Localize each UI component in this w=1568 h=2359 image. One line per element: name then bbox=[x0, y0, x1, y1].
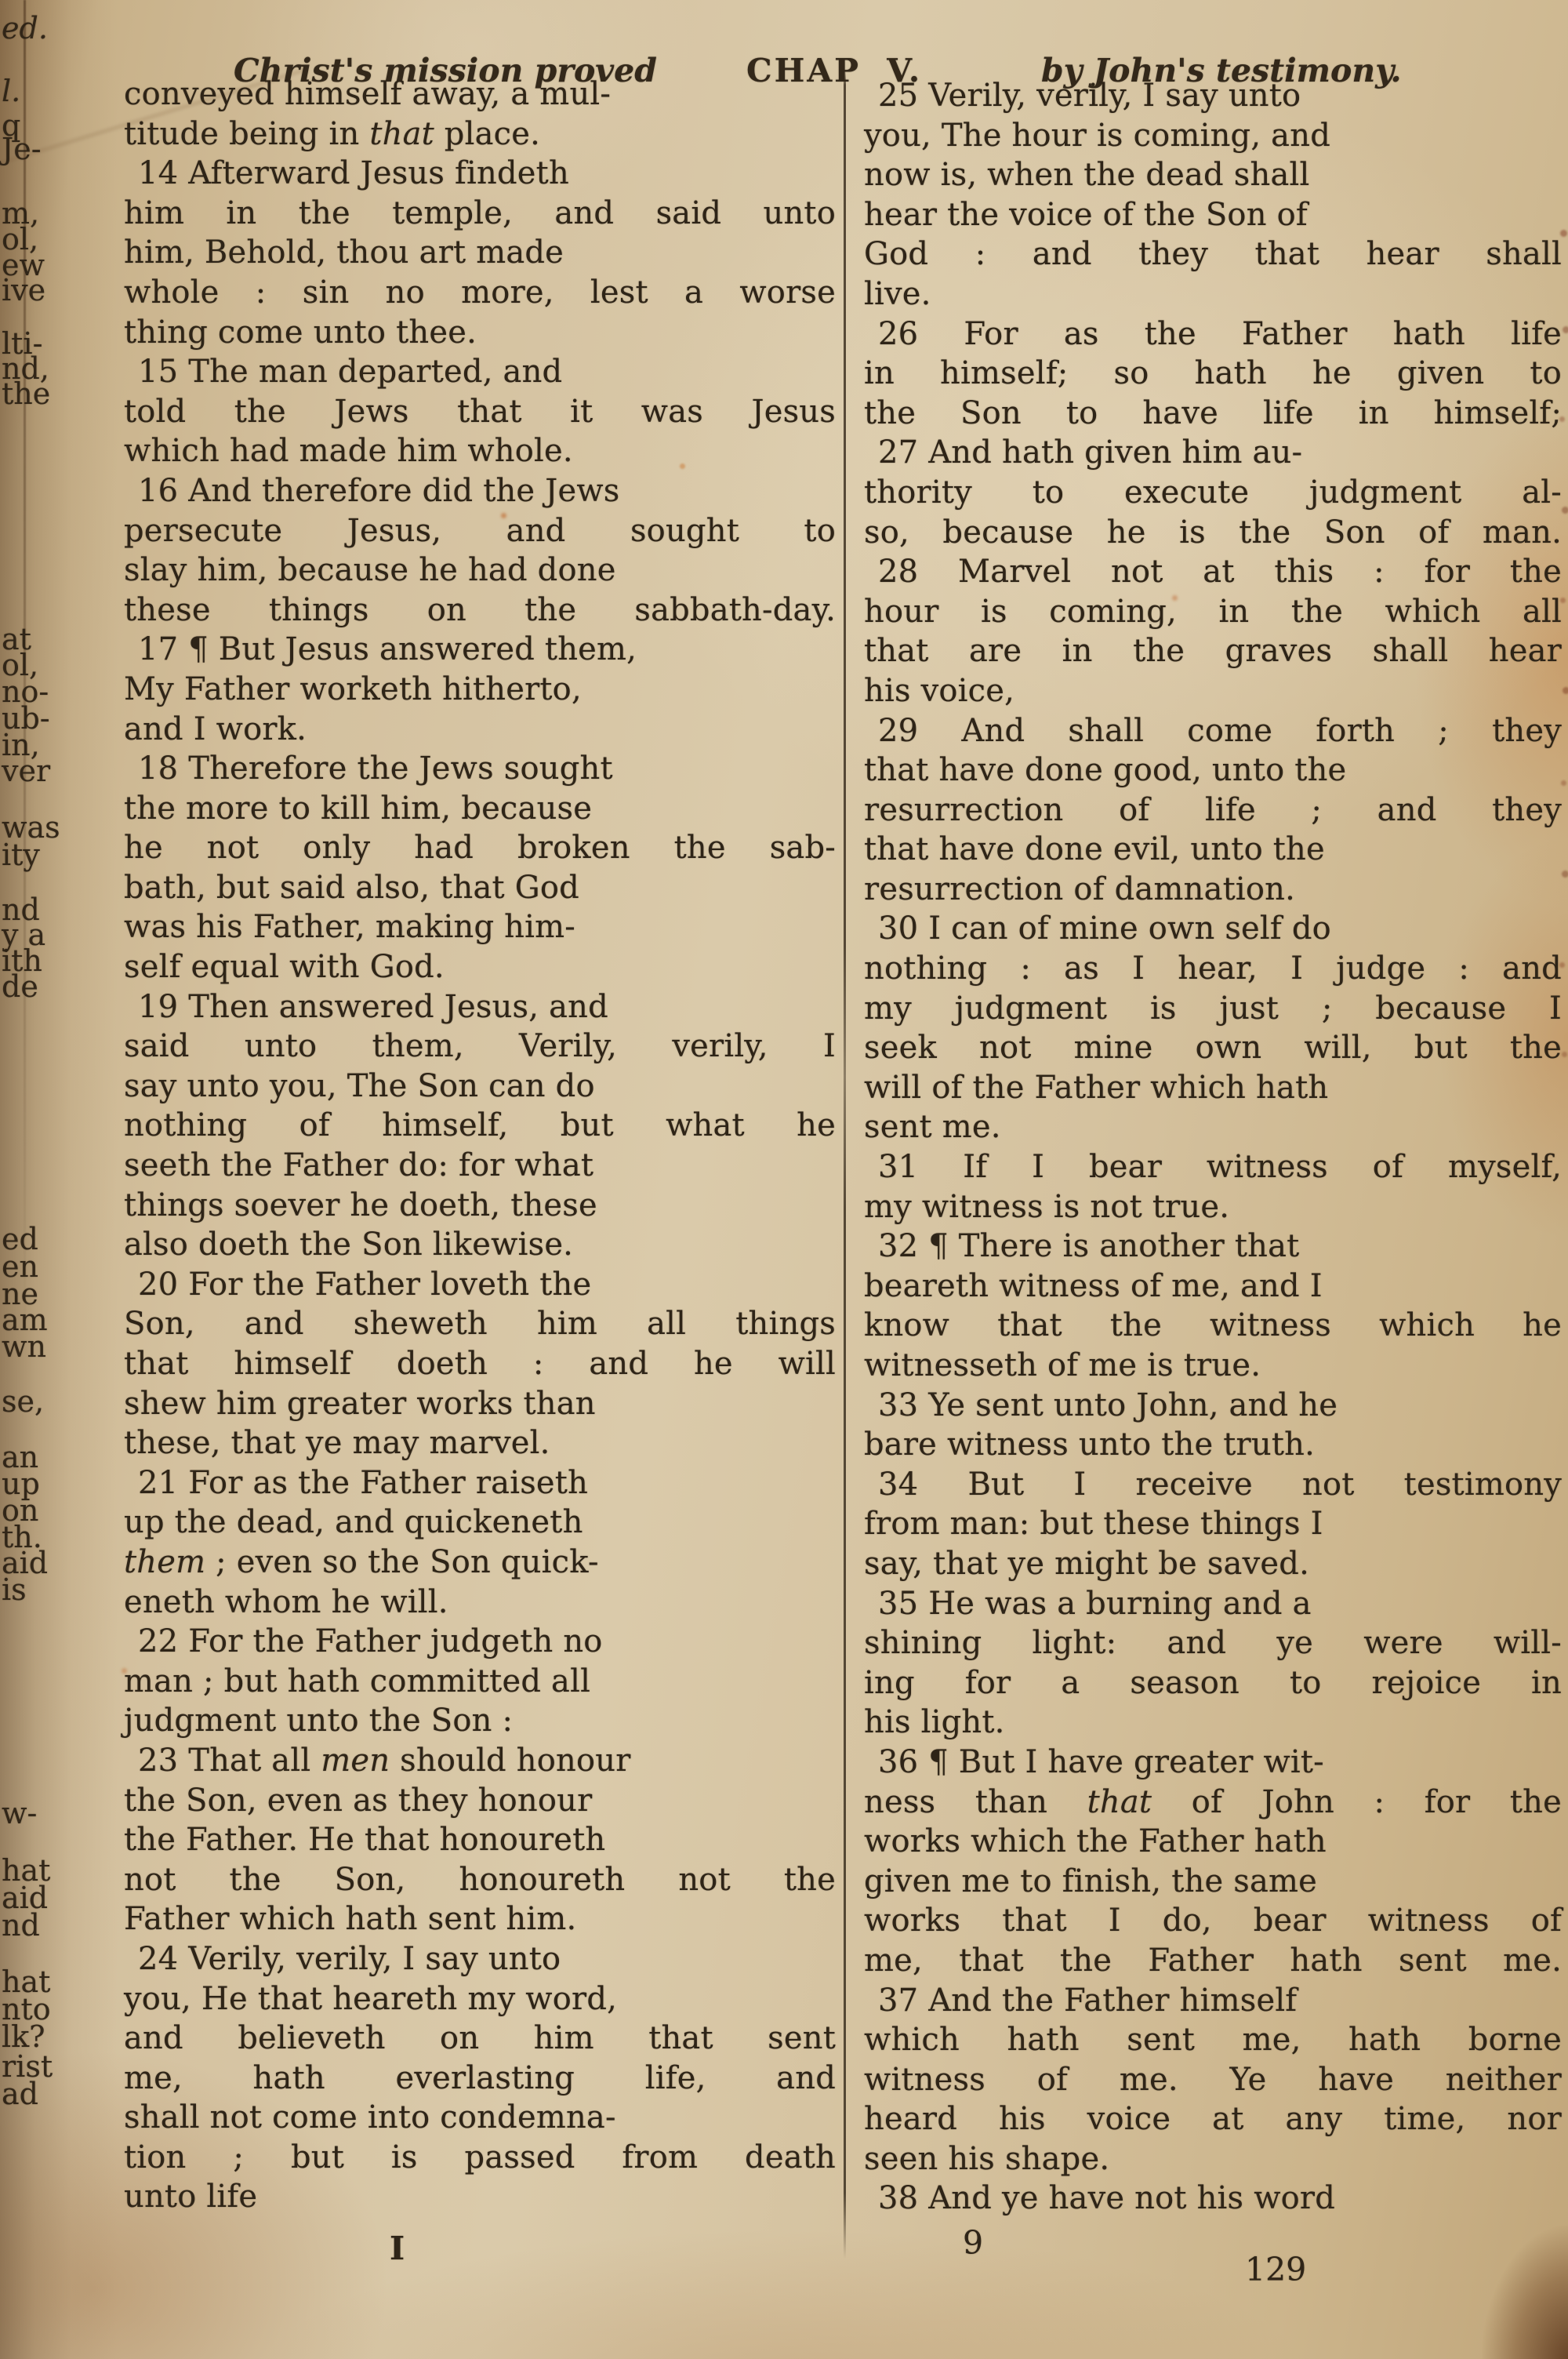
adjacent-page-text-fragment: ity bbox=[2, 838, 40, 872]
text-line: works which the Father hath bbox=[864, 1822, 1562, 1862]
text-line: and I work. bbox=[124, 710, 836, 750]
text-line: now is, when the dead shall bbox=[864, 155, 1562, 195]
text-line: sent me. bbox=[864, 1107, 1562, 1147]
adjacent-page-text-fragment: Je- bbox=[2, 132, 42, 166]
text-line: ness than that of John : for the bbox=[864, 1783, 1562, 1823]
text-line: you, The hour is coming, and bbox=[864, 116, 1562, 156]
text-line: me, hath everlasting life, and bbox=[124, 2059, 836, 2099]
left-text-column: conveyed himself away, a mul-titude bein… bbox=[124, 75, 836, 2217]
text-line: resurrection of damnation. bbox=[864, 870, 1562, 910]
text-line: seeth the Father do: for what bbox=[124, 1146, 836, 1186]
text-line: 16 And therefore did the Jews bbox=[124, 471, 836, 511]
text-line: 22 For the Father judgeth no bbox=[124, 1622, 836, 1662]
text-line: say unto you, The Son can do bbox=[124, 1067, 836, 1107]
text-line: his voice, bbox=[864, 671, 1562, 711]
text-line: these, that ye may marvel. bbox=[124, 1423, 836, 1463]
text-line: that are in the graves shall hear bbox=[864, 631, 1562, 671]
text-line: beareth witness of me, and I bbox=[864, 1267, 1562, 1307]
text-line: hear the voice of the Son of bbox=[864, 195, 1562, 235]
text-line: ing for a season to rejoice in bbox=[864, 1663, 1562, 1703]
text-line: bath, but said also, that God bbox=[124, 868, 836, 908]
text-line: him in the temple, and said unto bbox=[124, 194, 836, 234]
text-line: 30 I can of mine own self do bbox=[864, 909, 1562, 949]
text-line: up the dead, and quickeneth bbox=[124, 1503, 836, 1543]
text-line: the Son, even as they honour bbox=[124, 1781, 836, 1821]
text-line: was his Father, making him- bbox=[124, 907, 836, 947]
adjacent-page-text-fragment: nd bbox=[2, 1908, 40, 1943]
text-line: you, He that heareth my word, bbox=[124, 1979, 836, 2019]
text-line: his light. bbox=[864, 1703, 1562, 1743]
text-line: my judgment is just ; because I bbox=[864, 989, 1562, 1029]
text-line: My Father worketh hitherto, bbox=[124, 670, 836, 710]
text-line: judgment unto the Son : bbox=[124, 1701, 836, 1741]
text-line: self equal with God. bbox=[124, 947, 836, 987]
text-line: 36 ¶ But I have greater wit- bbox=[864, 1743, 1562, 1783]
adjacent-page-text-fragment: w- bbox=[2, 1796, 37, 1830]
text-line: know that the witness which he bbox=[864, 1306, 1562, 1346]
adjacent-page-text-fragment: the bbox=[2, 376, 50, 411]
text-line: Son, and sheweth him all things bbox=[124, 1304, 836, 1344]
right-text-column: 25 Verily, verily, I say untoyou, The ho… bbox=[864, 76, 1562, 2219]
text-line: shining light: and ye were will- bbox=[864, 1623, 1562, 1663]
scanned-bible-page: ed.l.qJe-m,ol,ewivelti-nd,theatol,no-ub-… bbox=[0, 0, 1568, 2359]
text-line: he not only had broken the sab- bbox=[124, 828, 836, 868]
adjacent-page-text-fragment: l. bbox=[2, 74, 20, 108]
text-line: told the Jews that it was Jesus bbox=[124, 392, 836, 432]
text-line: which hath sent me, hath borne bbox=[864, 2020, 1562, 2060]
text-line: 23 That all men should honour bbox=[124, 1741, 836, 1781]
text-line: 35 He was a burning and a bbox=[864, 1584, 1562, 1624]
text-line: shall not come into condemna- bbox=[124, 2098, 836, 2138]
text-line: hour is coming, in the which all bbox=[864, 592, 1562, 632]
text-line: also doeth the Son likewise. bbox=[124, 1225, 836, 1265]
column-divider-rule bbox=[844, 71, 846, 2259]
page-number: 129 bbox=[1245, 2251, 1306, 2288]
text-line: said unto them, Verily, verily, I bbox=[124, 1027, 836, 1067]
text-line: 18 Therefore the Jews sought bbox=[124, 749, 836, 789]
text-line: things soever he doeth, these bbox=[124, 1186, 836, 1226]
text-line: 31 If I bear witness of myself, bbox=[864, 1147, 1562, 1187]
text-line: tion ; but is passed from death bbox=[124, 2138, 836, 2178]
text-line: my witness is not true. bbox=[864, 1187, 1562, 1227]
text-line: 28 Marvel not at this : for the bbox=[864, 552, 1562, 592]
text-line: that have done good, unto the bbox=[864, 751, 1562, 791]
bottom-right-corner-shadow bbox=[1482, 2226, 1568, 2359]
text-line: nothing : as I hear, I judge : and bbox=[864, 949, 1562, 989]
signature-mark: I bbox=[390, 2230, 405, 2267]
adjacent-page-text-fragment: wn bbox=[2, 1329, 46, 1364]
text-line: persecute Jesus, and sought to bbox=[124, 511, 836, 551]
text-line: so, because he is the Son of man. bbox=[864, 513, 1562, 553]
text-line: 34 But I receive not testimony bbox=[864, 1465, 1562, 1505]
text-line: 19 Then answered Jesus, and bbox=[124, 987, 836, 1027]
text-line: the more to kill him, because bbox=[124, 789, 836, 829]
text-line: will of the Father which hath bbox=[864, 1068, 1562, 1108]
text-line: witness of me. Ye have neither bbox=[864, 2060, 1562, 2100]
adjacent-page-text-fragment: ver bbox=[2, 754, 50, 788]
adjacent-page-text-fragment: ive bbox=[2, 273, 45, 307]
text-line: unto life bbox=[124, 2177, 836, 2217]
text-line: him, Behold, thou art made bbox=[124, 233, 836, 273]
text-line: bare witness unto the truth. bbox=[864, 1425, 1562, 1465]
text-line: me, that the Father hath sent me. bbox=[864, 1941, 1562, 1981]
center-mark: 9 bbox=[963, 2224, 983, 2262]
paper-stain-specks bbox=[0, 0, 4, 4]
text-line: 38 And ye have not his word bbox=[864, 2179, 1562, 2219]
adjacent-page-fragments: ed.l.qJe-m,ol,ewivelti-nd,theatol,no-ub-… bbox=[0, 0, 94, 2359]
text-line: 27 And hath given him au- bbox=[864, 433, 1562, 473]
text-line: these things on the sabbath-day. bbox=[124, 591, 836, 631]
text-line: say, that ye might be saved. bbox=[864, 1544, 1562, 1584]
text-line: not the Son, honoureth not the bbox=[124, 1860, 836, 1900]
text-line: whole : sin no more, lest a worse bbox=[124, 273, 836, 313]
text-line: witnesseth of me is true. bbox=[864, 1346, 1562, 1386]
text-line: 25 Verily, verily, I say unto bbox=[864, 76, 1562, 116]
text-line: the Father. He that honoureth bbox=[124, 1820, 836, 1860]
text-line: which had made him whole. bbox=[124, 431, 836, 471]
text-line: seen his shape. bbox=[864, 2139, 1562, 2179]
text-line: live. bbox=[864, 274, 1562, 314]
text-line: the Son to have life in himself; bbox=[864, 394, 1562, 434]
text-line: conveyed himself away, a mul- bbox=[124, 75, 836, 114]
text-line: thority to execute judgment al- bbox=[864, 473, 1562, 513]
text-line: 14 Afterward Jesus findeth bbox=[124, 154, 836, 194]
adjacent-page-text-fragment: ed. bbox=[2, 11, 48, 45]
text-line: seek not mine own will, but the bbox=[864, 1028, 1562, 1068]
adjacent-page-text-fragment: ad bbox=[2, 2077, 38, 2111]
text-line: resurrection of life ; and they bbox=[864, 791, 1562, 831]
adjacent-page-text-fragment: se, bbox=[2, 1384, 44, 1419]
text-line: eneth whom he will. bbox=[124, 1583, 836, 1623]
text-line: in himself; so hath he given to bbox=[864, 354, 1562, 394]
text-line: 26 For as the Father hath life bbox=[864, 314, 1562, 354]
text-line: 37 And the Father himself bbox=[864, 1981, 1562, 2021]
text-line: that have done evil, unto the bbox=[864, 830, 1562, 870]
text-line: that himself doeth : and he will bbox=[124, 1344, 836, 1384]
text-line: works that I do, bear witness of bbox=[864, 1901, 1562, 1941]
text-line: 29 And shall come forth ; they bbox=[864, 711, 1562, 751]
text-line: titude being in that place. bbox=[124, 114, 836, 154]
text-line: 32 ¶ There is another that bbox=[864, 1227, 1562, 1267]
text-line: 33 Ye sent unto John, and he bbox=[864, 1386, 1562, 1426]
adjacent-page-text-fragment: is bbox=[2, 1572, 27, 1607]
text-line: Father which hath sent him. bbox=[124, 1899, 836, 1939]
text-line: thing come unto thee. bbox=[124, 313, 836, 353]
text-line: 21 For as the Father raiseth bbox=[124, 1463, 836, 1503]
text-line: God : and they that hear shall bbox=[864, 234, 1562, 274]
text-line: 17 ¶ But Jesus answered them, bbox=[124, 630, 836, 670]
text-line: man ; but hath committed all bbox=[124, 1662, 836, 1702]
text-line: heard his voice at any time, nor bbox=[864, 2099, 1562, 2139]
text-line: slay him, because he had done bbox=[124, 551, 836, 591]
text-line: shew him greater works than bbox=[124, 1384, 836, 1424]
text-line: nothing of himself, but what he bbox=[124, 1106, 836, 1146]
text-line: given me to finish, the same bbox=[864, 1862, 1562, 1902]
text-line: and believeth on him that sent bbox=[124, 2019, 836, 2059]
text-line: 15 The man departed, and bbox=[124, 352, 836, 392]
adjacent-page-text-fragment: de bbox=[2, 969, 38, 1004]
text-line: 20 For the Father loveth the bbox=[124, 1265, 836, 1305]
text-line: from man: but these things I bbox=[864, 1504, 1562, 1544]
text-line: 24 Verily, verily, I say unto bbox=[124, 1939, 836, 1979]
text-line: them ; even so the Son quick- bbox=[124, 1543, 836, 1583]
